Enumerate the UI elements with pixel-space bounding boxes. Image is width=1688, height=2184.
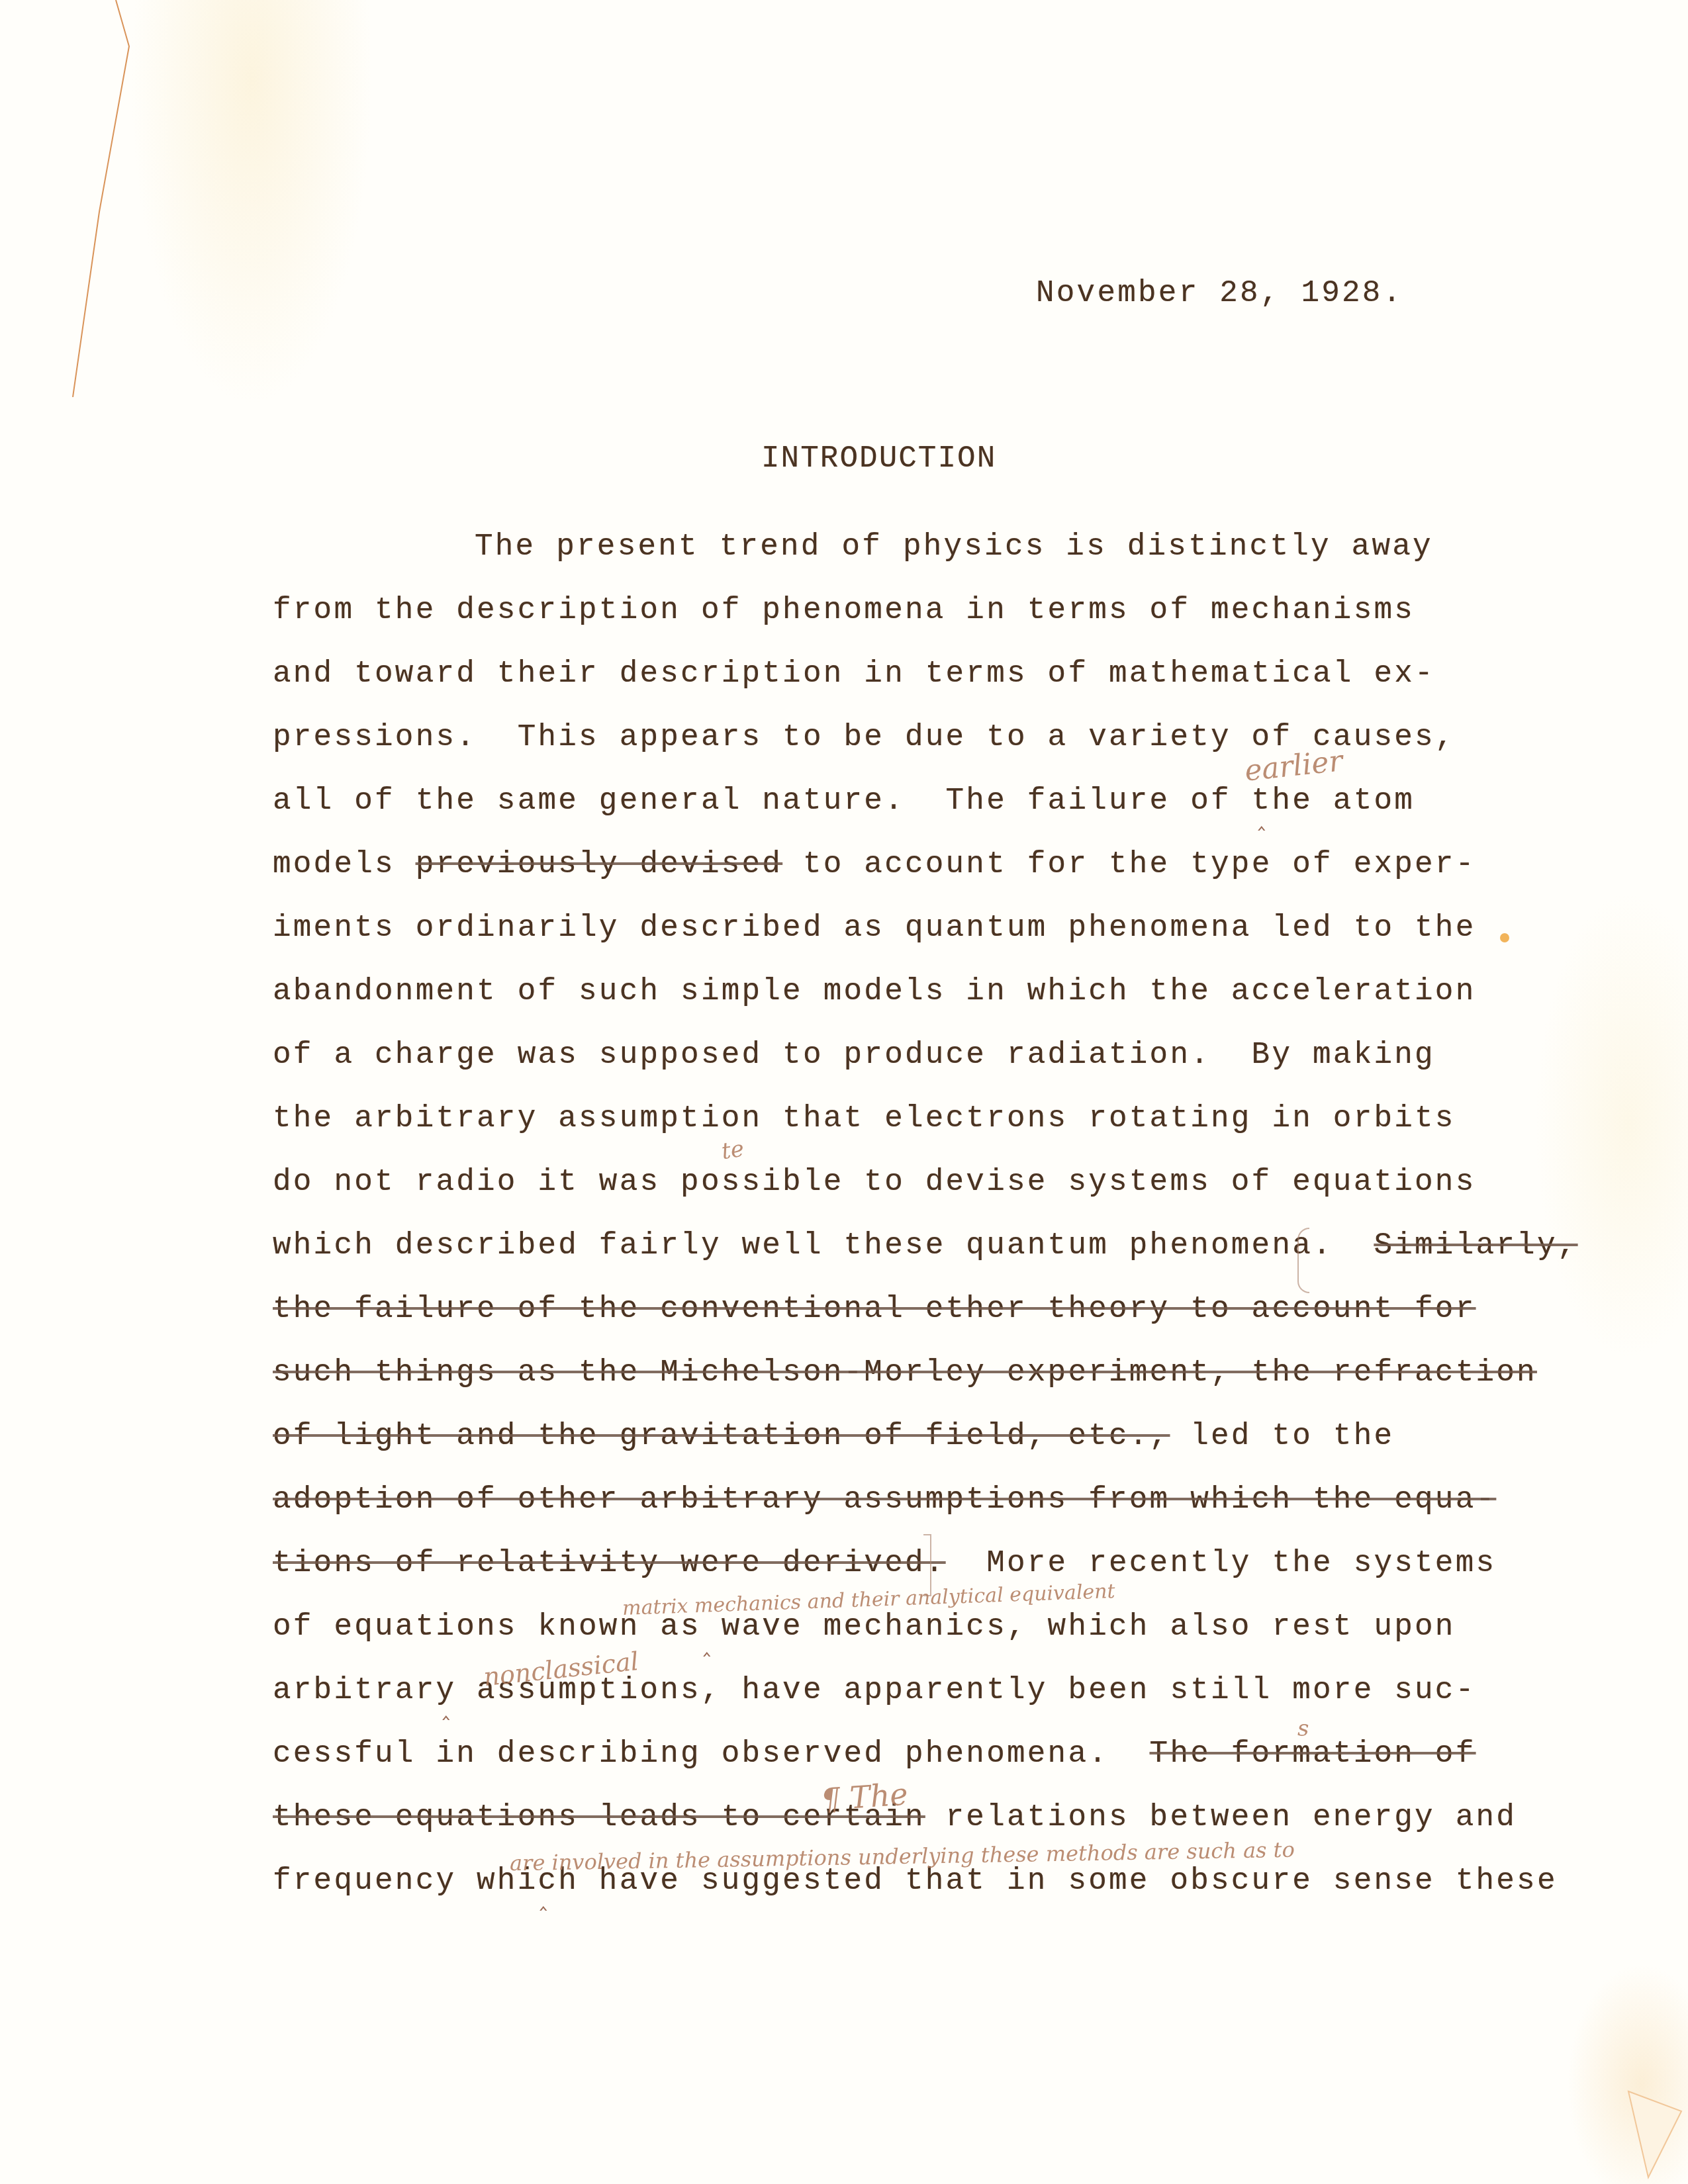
typed-line: iments ordinarily described as quantum p… (273, 911, 1476, 945)
insertion-caret-nonclassical: ‸ (442, 1694, 450, 1721)
typed-text: from the description of phenomena in ter… (273, 593, 1415, 627)
struck-text: of light and the gravitation of field, e… (273, 1419, 1170, 1453)
struck-text: adoption of other arbitrary assumptions … (273, 1482, 1496, 1517)
typed-text: abandonment of such simple models in whi… (273, 974, 1476, 1009)
typed-text: all of the same general nature. The fail… (273, 784, 1415, 818)
typed-line: The present trend of physics is distinct… (475, 529, 1433, 564)
typed-line: all of the same general nature. The fail… (273, 784, 1415, 818)
handwritten-annotation: s (1297, 1715, 1309, 1742)
typed-text: and toward their description in terms of… (273, 657, 1435, 691)
typed-line: do not radio it was possible to devise s… (273, 1165, 1476, 1199)
typed-text: relations between energy and (925, 1800, 1517, 1835)
struck-text: tions of relativity were derived. (273, 1546, 946, 1580)
typed-line: which described fairly well these quantu… (273, 1228, 1578, 1263)
document-title: INTRODUCTION (761, 441, 996, 476)
typed-line: of a charge was supposed to produce radi… (273, 1038, 1435, 1072)
typed-text: to account for the type of exper- (782, 847, 1476, 882)
typed-line: frequency which have suggested that in s… (273, 1864, 1558, 1898)
typed-text: arbitrary assumptions, have apparently b… (273, 1673, 1476, 1707)
typed-line: models previously devised to account for… (273, 847, 1476, 882)
handwritten-annotation: ¶ The (820, 1776, 909, 1817)
typed-line: the arbitrary assumption that electrons … (273, 1101, 1456, 1136)
paper-page: November 28, 1928. INTRODUCTION The pres… (0, 0, 1688, 2184)
typed-line: the failure of the conventional ether th… (273, 1292, 1476, 1326)
typed-text: of a charge was supposed to produce radi… (273, 1038, 1435, 1072)
typed-text: of equations known as wave mechanics, wh… (273, 1610, 1456, 1644)
insertion-caret-matrix: ‸ (703, 1631, 711, 1657)
typed-text: iments ordinarily described as quantum p… (273, 911, 1476, 945)
typed-text: the arbitrary assumption that electrons … (273, 1101, 1456, 1136)
typed-line: tions of relativity were derived. More r… (273, 1546, 1496, 1580)
struck-text: The formation of (1150, 1737, 1476, 1771)
typed-line: arbitrary assumptions, have apparently b… (273, 1673, 1476, 1707)
struck-text: Similarly, (1374, 1228, 1577, 1263)
typed-text: frequency which have suggested that in s… (273, 1864, 1558, 1898)
insertion-caret-earlier: ‸ (1258, 805, 1266, 831)
typed-line: such things as the Michelson-Morley expe… (273, 1355, 1537, 1390)
folded-corner (1602, 2085, 1688, 2184)
typed-line: adoption of other arbitrary assumptions … (273, 1482, 1496, 1517)
typed-text: cessful in describing observed phenomena… (273, 1737, 1150, 1771)
struck-text: the failure of the conventional ether th… (273, 1292, 1476, 1326)
typed-text: pressions. This appears to be due to a v… (273, 720, 1456, 754)
page-edge-crease (0, 0, 146, 397)
typed-line: of equations known as wave mechanics, wh… (273, 1610, 1456, 1644)
typed-line: from the description of phenomena in ter… (273, 593, 1415, 627)
handwritten-annotation: te (720, 1136, 745, 1165)
typed-text: which described fairly well these quantu… (273, 1228, 1374, 1263)
typed-text: models (273, 847, 416, 882)
typed-line: abandonment of such simple models in whi… (273, 974, 1476, 1009)
typed-text: do not radio it was possible to devise s… (273, 1165, 1476, 1199)
typed-line: cessful in describing observed phenomena… (273, 1737, 1476, 1771)
insertion-caret-involved: ‸ (539, 1885, 547, 1911)
typed-text: More recently the systems (946, 1546, 1497, 1580)
paragraph-bracket-mark-2 (923, 1534, 931, 1596)
struck-text: such things as the Michelson-Morley expe… (273, 1355, 1537, 1390)
document-date: November 28, 1928. (1036, 276, 1403, 310)
typed-text: led to the (1170, 1419, 1394, 1453)
typed-line: of light and the gravitation of field, e… (273, 1419, 1394, 1453)
ink-spot (1500, 933, 1509, 942)
typed-line: and toward their description in terms of… (273, 657, 1435, 691)
paragraph-bracket-mark (1297, 1228, 1309, 1293)
struck-text: previously devised (416, 847, 782, 882)
typed-text: The present trend of physics is distinct… (475, 529, 1433, 564)
typed-line: pressions. This appears to be due to a v… (273, 720, 1456, 754)
